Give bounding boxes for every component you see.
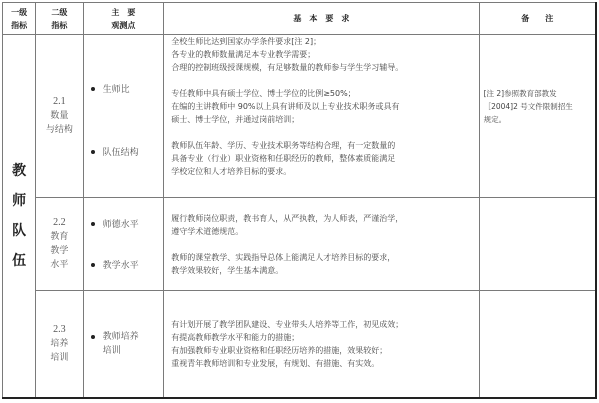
header-level1: 一级 指标: [3, 3, 36, 35]
requirements-cell: 履行教师岗位职责，教书育人，从严执教，为人师表，严谨治学， 遵守学术道德规范。 …: [164, 198, 479, 291]
bullet-icon: [91, 87, 95, 91]
table-row-2-3: 2.3 培养 培训 教师培养 培训 有计划开展了教学团队建设、专业带头人培养等工…: [3, 291, 597, 398]
notes-cell: [479, 291, 596, 398]
requirements-cell: 有计划开展了教学团队建设、专业带头人培养等工作，初见成效； 有提高教师教学水平和…: [164, 291, 479, 398]
header-row: 一级 指标 二级 指标 主 要 观测点 基 本 要 求 备 注: [3, 3, 597, 35]
bullet-icon: [91, 335, 95, 339]
notes-cell: [479, 198, 596, 291]
level2-teaching-level: 2.2 教育 教学 水平: [36, 198, 83, 291]
observation-points: 生师比 队伍结构: [83, 35, 164, 198]
header-level2: 二级 指标: [36, 3, 83, 35]
observation-points: 教师培养 培训: [83, 291, 164, 398]
level2-quantity-structure: 2.1 数量 与结构: [36, 35, 83, 198]
header-observation: 主 要 观测点: [83, 3, 164, 35]
bullet-icon: [91, 263, 95, 267]
notes-cell: [注 2]参照教育部教发 ［2004]2 号文件限制招生 规定。: [479, 35, 596, 198]
table-row-2-2: 2.2 教育 教学 水平 师德水平 教学水平 履行教师岗位职责，教书育人，从严执…: [3, 198, 597, 291]
level2-training: 2.3 培养 培训: [36, 291, 83, 398]
header-requirements: 基 本 要 求: [164, 3, 479, 35]
evaluation-table: 一级 指标 二级 指标 主 要 观测点 基 本 要 求 备 注 教 师 队 伍 …: [2, 2, 597, 399]
observation-item: 队伍结构: [91, 145, 164, 158]
observation-item: 教学水平: [91, 258, 164, 271]
level1-teacher-team: 教 师 队 伍: [3, 35, 36, 398]
observation-item: 师德水平: [91, 217, 164, 230]
observation-points: 师德水平 教学水平: [83, 198, 164, 291]
table-row-2-1: 教 师 队 伍 2.1 数量 与结构 生师比 队伍结构 全校生师比达到国家办学条…: [3, 35, 597, 198]
observation-item: 生师比: [91, 82, 164, 95]
header-notes: 备 注: [479, 3, 596, 35]
bullet-icon: [91, 222, 95, 226]
observation-item: 教师培养 培训: [91, 330, 164, 358]
bullet-icon: [91, 150, 95, 154]
requirements-cell: 全校生师比达到国家办学条件要求[注 2]； 各专业的教师数量满足本专业教学需要；…: [164, 35, 479, 198]
